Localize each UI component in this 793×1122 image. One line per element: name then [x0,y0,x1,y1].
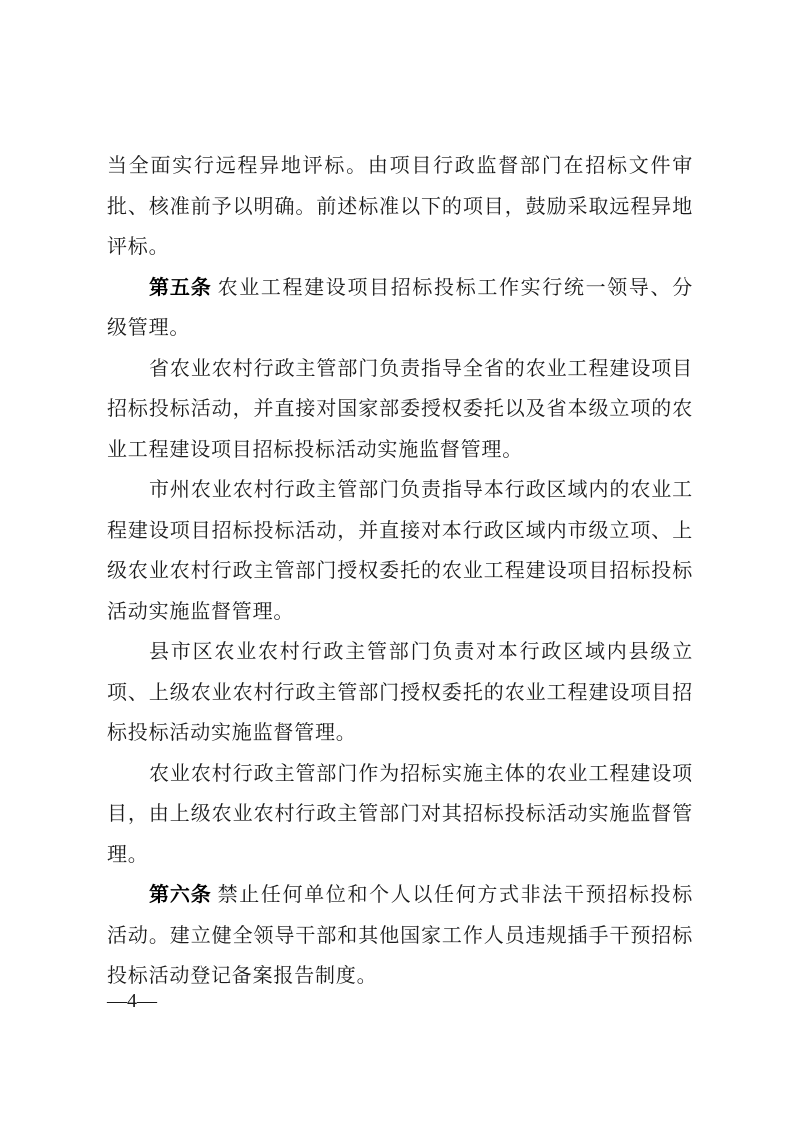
city-paragraph: 市州农业农村行政主管部门负责指导本行政区域内的农业工程建设项目招标投标活动，并直… [107,469,693,631]
document-page: 当全面实行远程异地评标。由项目行政监督部门在招标文件审批、核准前予以明确。前述标… [0,0,793,1122]
article-5-paragraph: 第五条农业工程建设项目招标投标工作实行统一领导、分级管理。 [107,267,693,348]
article-heading: 第六条 [149,882,212,906]
paragraph-text: 市州农业农村行政主管部门负责指导本行政区域内的农业工程建设项目招标投标活动，并直… [107,477,693,623]
provincial-paragraph: 省农业农村行政主管部门负责指导全省的农业工程建设项目招标投标活动，并直接对国家部… [107,348,693,470]
county-paragraph: 县市区农业农村行政主管部门负责对本行政区域内县级立项、上级农业农村行政主管部门授… [107,631,693,753]
article-6-paragraph: 第六条禁止任何单位和个人以任何方式非法干预招标投标活动。建立健全领导干部和其他国… [107,874,693,996]
paragraph-text: 省农业农村行政主管部门负责指导全省的农业工程建设项目招标投标活动，并直接对国家部… [107,356,693,461]
paragraph-text: 农业农村行政主管部门作为招标实施主体的农业工程建设项目，由上级农业农村行政主管部… [107,761,693,866]
paragraph-text: 县市区农业农村行政主管部门负责对本行政区域内县级立项、上级农业农村行政主管部门授… [107,639,693,744]
article-heading: 第五条 [149,275,212,299]
paragraph-continuation: 当全面实行远程异地评标。由项目行政监督部门在招标文件审批、核准前予以明确。前述标… [107,145,693,267]
paragraph-text: 当全面实行远程异地评标。由项目行政监督部门在招标文件审批、核准前予以明确。前述标… [107,153,693,258]
supervision-paragraph: 农业农村行政主管部门作为招标实施主体的农业工程建设项目，由上级农业农村行政主管部… [107,753,693,875]
page-number: —4— [107,990,157,1013]
document-body: 当全面实行远程异地评标。由项目行政监督部门在招标文件审批、核准前予以明确。前述标… [107,145,693,996]
